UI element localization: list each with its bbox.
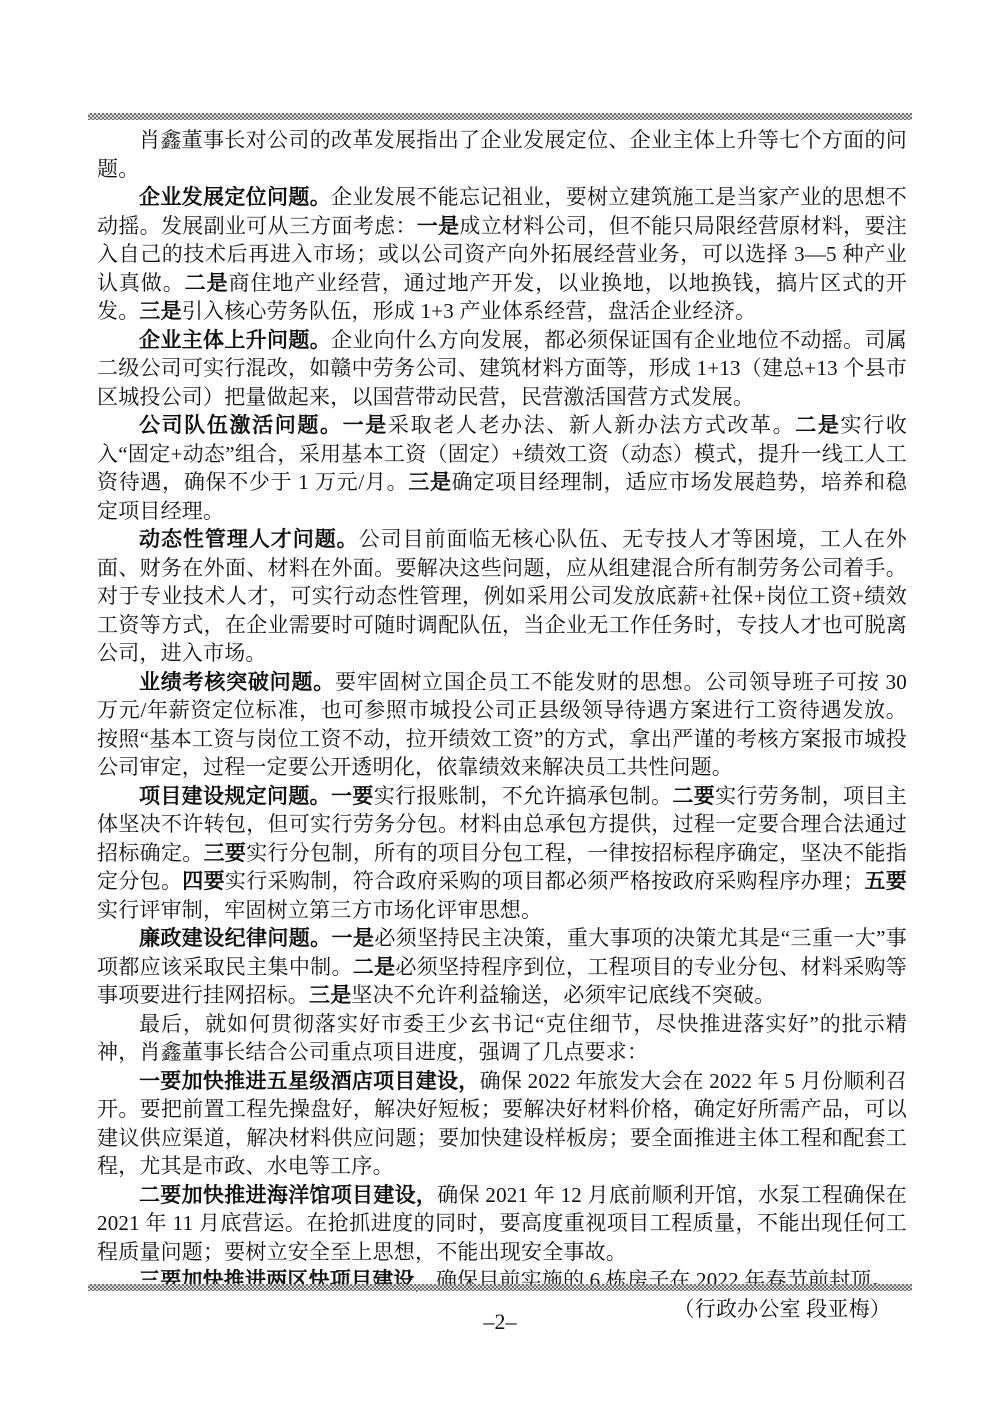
bold-run: 一要加快推进五星级酒店项目建设， <box>139 1069 480 1093</box>
text-run: 坚决不允许利益输送，必须牢记底线不突破。 <box>351 983 775 1007</box>
bold-run: 三是 <box>309 983 351 1007</box>
bold-run: 一是 <box>417 214 460 238</box>
text-run: 引入核心劳务队伍，形成 1+3 产业体系经营，盘活企业经济。 <box>182 299 756 323</box>
paragraph: 项目建设规定问题。一要实行报账制，不允许搞承包制。二要实行劳务制，项目主体坚决不… <box>97 782 907 925</box>
bold-run: 二要 <box>672 784 715 808</box>
bold-run: 二是 <box>185 271 229 295</box>
paragraph: 企业主体上升问题。企业向什么方向发展，都必须保证国有企业地位不动摇。司属二级公司… <box>97 326 907 412</box>
bold-run: 一是 <box>343 413 388 437</box>
bold-run: 三要 <box>204 841 247 865</box>
text-run: 采取老人老办法、新人新办法方式改革。 <box>388 413 795 437</box>
text-run: 实行采购制，符合政府采购的项目都必须严格按政府采购程序办理； <box>225 869 864 893</box>
bold-run: 三是 <box>139 299 181 323</box>
bold-run: 项目建设规定问题。 <box>139 784 331 808</box>
page-number: –2– <box>0 1308 1000 1336</box>
document-page: 肖鑫董事长对公司的改革发展指出了企业发展定位、企业主体上升等七个方面的问题。企业… <box>0 0 1000 1413</box>
paragraph: 肖鑫董事长对公司的改革发展指出了企业发展定位、企业主体上升等七个方面的问题。 <box>97 126 907 183</box>
paragraph: 廉政建设纪律问题。一是必须坚持民主决策，重大事项的决策尤其是“三重一大”事项都应… <box>97 924 907 1010</box>
text-run: 实行评审制，牢固树立第三方市场化评审思想。 <box>97 898 542 922</box>
bold-run: 二是 <box>795 413 840 437</box>
bold-run: 三是 <box>408 470 451 494</box>
bold-run: 一要 <box>331 784 374 808</box>
paragraph: 一要加快推进五星级酒店项目建设，确保 2022 年旅发大会在 2022 年 5 … <box>97 1067 907 1181</box>
bold-run: 公司队伍激活问题。 <box>139 413 343 437</box>
paragraph: 企业发展定位问题。企业发展不能忘记祖业，要树立建筑施工是当家产业的思想不动摇。发… <box>97 183 907 326</box>
bold-run: 二是 <box>353 955 396 979</box>
paragraph: 动态性管理人才问题。公司目前面临无核心队伍、无专技人才等困境，工人在外面、财务在… <box>97 525 907 668</box>
text-run: 最后，就如何贯彻落实好市委王少玄书记“克住细节，尽快推进落实好”的批示精神，肖鑫… <box>97 1012 907 1065</box>
bold-run: 廉政建设纪律问题。 <box>139 926 332 950</box>
text-run: 实行报账制，不允许搞承包制。 <box>374 784 673 808</box>
bold-run: 五要 <box>864 869 907 893</box>
bold-run: 二要加快推进海洋馆项目建设， <box>139 1183 437 1207</box>
bottom-divider-rule <box>88 1284 912 1291</box>
bold-run: 企业主体上升问题。 <box>139 328 331 352</box>
bold-run: 四要 <box>182 869 225 893</box>
paragraph: 业绩考核突破问题。要牢固树立国企员工不能发财的思想。公司领导班子可按 30 万元… <box>97 668 907 782</box>
bold-run: 一是 <box>332 926 375 950</box>
bold-run: 业绩考核突破问题。 <box>139 670 335 694</box>
document-body: 肖鑫董事长对公司的改革发展指出了企业发展定位、企业主体上升等七个方面的问题。企业… <box>97 126 907 1323</box>
paragraph: 公司队伍激活问题。一是采取老人老办法、新人新办法方式改革。二是实行收入“固定+动… <box>97 411 907 525</box>
bold-run: 动态性管理人才问题。 <box>139 527 359 551</box>
top-divider-rule <box>88 113 912 120</box>
paragraph: 二要加快推进海洋馆项目建设，确保 2021 年 12 月底前顺利开馆，水泵工程确… <box>97 1181 907 1267</box>
bold-run: 企业发展定位问题。 <box>139 185 331 209</box>
paragraph: 最后，就如何贯彻落实好市委王少玄书记“克住细节，尽快推进落实好”的批示精神，肖鑫… <box>97 1010 907 1067</box>
text-run: 肖鑫董事长对公司的改革发展指出了企业发展定位、企业主体上升等七个方面的问题。 <box>97 128 907 181</box>
